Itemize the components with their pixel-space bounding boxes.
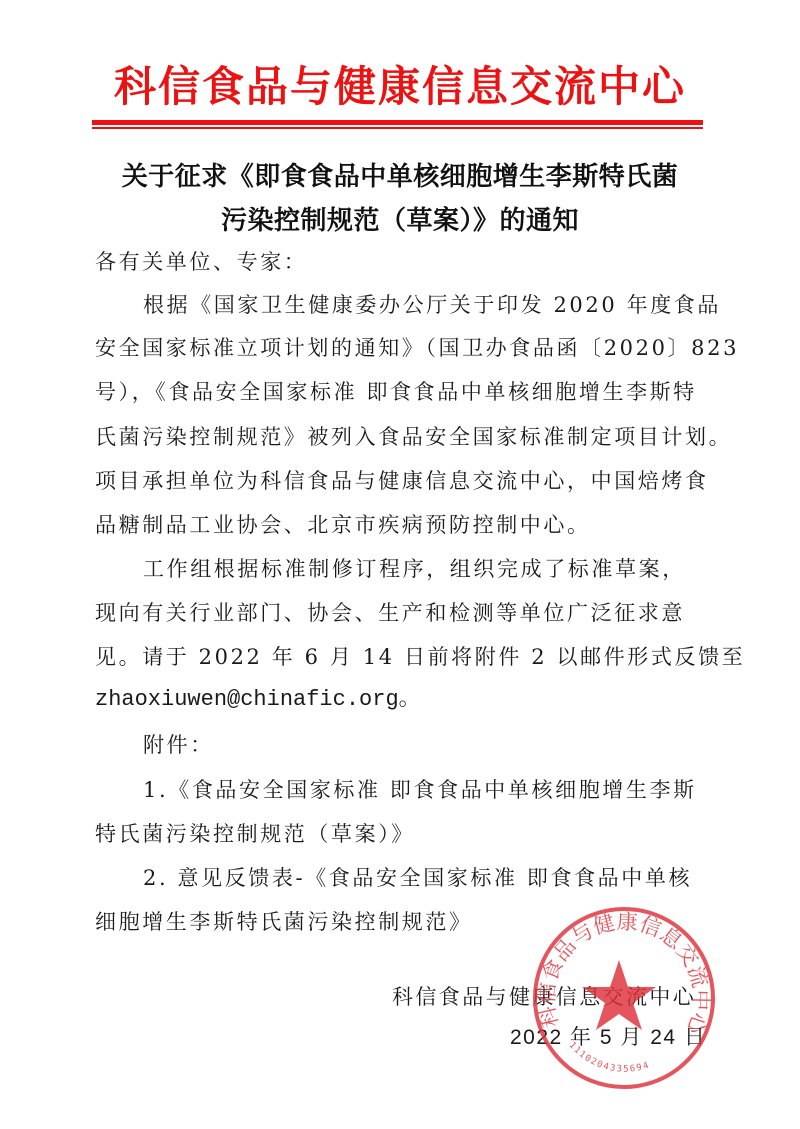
- seal-ring-text: 科信食品与健康信息交流中心: [534, 910, 713, 1039]
- paragraph-2-line: 见。请于 2022 年 6 月 14 日前将附件 2 以邮件形式反馈至: [95, 642, 705, 672]
- paragraph-2-line: 现向有关行业部门、协会、生产和检测等单位广泛征求意: [95, 598, 705, 628]
- paragraph-1-line: 氏菌污染控制规范》被列入食品安全国家标准制定项目计划。: [95, 422, 705, 452]
- attachment-line: 1.《食品安全国家标准 即食食品中单核细胞增生李斯: [143, 775, 753, 805]
- attachment-line: 2. 意见反馈表-《食品安全国家标准 即食食品中单核: [143, 863, 753, 893]
- header-rule-thick: [92, 120, 703, 125]
- notice-title-line-2: 污染控制规范（草案）》的通知: [0, 205, 800, 237]
- attachments-label: 附件：: [143, 730, 753, 760]
- header-rule-thin: [92, 127, 703, 129]
- contact-email: zhaoxiuwen@chinafic.org。: [95, 685, 705, 715]
- org-header: 科信食品与健康信息交流中心: [0, 62, 800, 112]
- paragraph-2-line: 工作组根据标准制修订程序，组织完成了标准草案，: [143, 554, 753, 584]
- seal-serial: 1110204335694: [567, 1040, 652, 1074]
- paragraph-1-line: 根据《国家卫生健康委办公厅关于印发 2020 年度食品: [143, 290, 753, 320]
- star-icon: [582, 960, 656, 1030]
- paragraph-1-line: 品糖制品工业协会、北京市疾病预防控制中心。: [95, 510, 705, 540]
- official-seal: 科信食品与健康信息交流中心 1110204335694: [531, 905, 717, 1091]
- paragraph-1-line: 安全国家标准立项计划的通知》（国卫办食品函〔2020〕823: [95, 333, 705, 363]
- notice-title-line-1: 关于征求《即食食品中单核细胞增生李斯特氏菌: [0, 161, 800, 193]
- paragraph-1-line: 号），《食品安全国家标准 即食食品中单核细胞增生李斯特: [95, 377, 705, 407]
- attachment-line: 特氏菌污染控制规范（草案）》: [95, 819, 705, 849]
- salutation: 各有关单位、专家：: [95, 247, 705, 277]
- paragraph-1-line: 项目承担单位为科信食品与健康信息交流中心，中国焙烤食: [95, 466, 705, 496]
